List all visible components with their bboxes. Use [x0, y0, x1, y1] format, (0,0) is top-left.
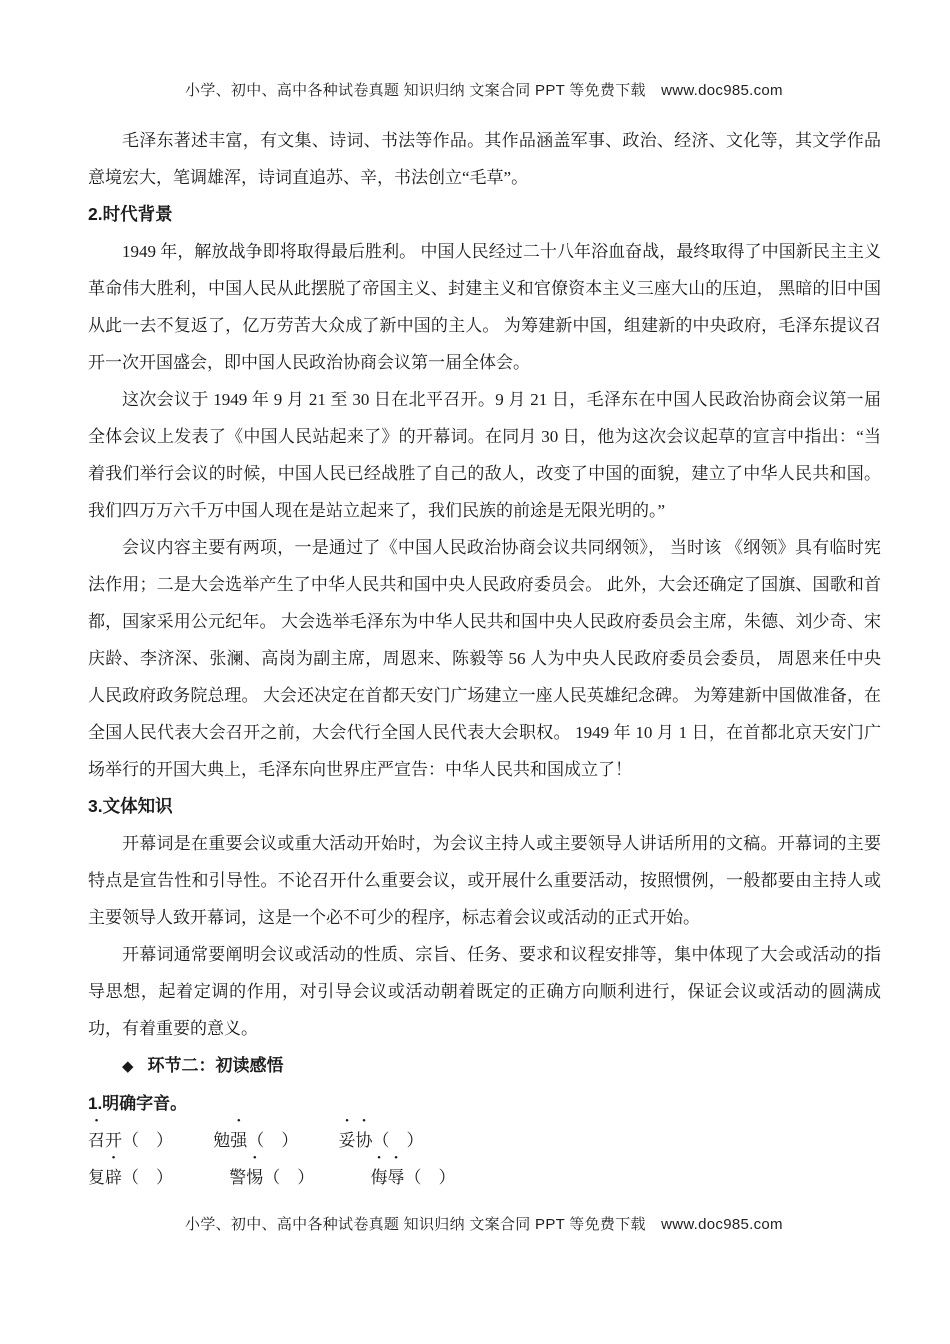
pinyin-exercise-row: 召开（ ） 勉强（ ） 妥协（ ） — [88, 1122, 881, 1159]
answer-blank: （ ） — [247, 1131, 298, 1150]
paragraph-conference-content: 会议内容主要有两项，一是通过了《中国人民政治协商会议共同纲领》， 当时该 《纲领… — [88, 529, 881, 788]
exercise-char: 勉 — [213, 1126, 230, 1151]
footer-text: 小学、初中、高中各种试卷真题 知识归纳 文案合同 PPT 等免费下载 www.d… — [185, 1216, 783, 1233]
page-header: 小学、初中、高中各种试卷真题 知识归纳 文案合同 PPT 等免费下载 www.d… — [0, 62, 950, 117]
exercise-char: 警 — [229, 1163, 246, 1188]
document-content: 毛泽东著述丰富，有文集、诗词、书法等作品。其作品涵盖军事、政治、经济、文化等，其… — [88, 122, 881, 1196]
exercise-char: 辟 — [105, 1163, 122, 1188]
paragraph-opening-speech-role: 开幕词通常要阐明会议或活动的性质、宗旨、任务、要求和议程安排等，集中体现了大会或… — [88, 936, 881, 1047]
exercise-char: 协 — [356, 1126, 373, 1151]
answer-blank: （ ） — [373, 1131, 424, 1150]
exercise-char: 惕 — [246, 1163, 263, 1188]
exercise-char: 妥 — [339, 1126, 356, 1151]
exercise-char: 辱 — [388, 1163, 405, 1188]
answer-blank: （ ） — [122, 1168, 173, 1187]
answer-blank: （ ） — [405, 1168, 456, 1187]
exercise-char: 召 — [88, 1126, 105, 1151]
pinyin-item-wuru: 侮辱（ ） — [371, 1159, 456, 1196]
answer-blank: （ ） — [122, 1131, 173, 1150]
pinyin-item-jingti: 警惕（ ） — [229, 1159, 314, 1196]
part2-heading-text: 环节二：初读感悟 — [148, 1056, 284, 1075]
pinyin-exercise-row: 复辟（ ） 警惕（ ） 侮辱（ ） — [88, 1159, 881, 1196]
header-text: 小学、初中、高中各种试卷真题 知识归纳 文案合同 PPT 等免费下载 www.d… — [185, 82, 783, 99]
diamond-bullet-icon: ◆ — [122, 1048, 134, 1085]
task-title-pronunciation: 1.明确字音。 — [88, 1085, 881, 1122]
paragraph-conference-dates: 这次会议于 1949 年 9 月 21 至 30 日在北平召开。9 月 21 日… — [88, 381, 881, 529]
document-page: 小学、初中、高中各种试卷真题 知识归纳 文案合同 PPT 等免费下载 www.d… — [0, 0, 950, 1344]
paragraph-1949-victory: 1949 年，解放战争即将取得最后胜利。 中国人民经过二十八年浴血奋战，最终取得… — [88, 233, 881, 381]
exercise-char: 侮 — [371, 1163, 388, 1188]
pinyin-item-fubi: 复辟（ ） — [88, 1159, 173, 1196]
exercise-char: 复 — [88, 1163, 105, 1188]
part2-bullet-heading: ◆环节二：初读感悟 — [88, 1047, 881, 1085]
paragraph-opening-speech-def: 开幕词是在重要会议或重大活动开始时，为会议主持人或主要领导人讲话所用的文稿。开幕… — [88, 825, 881, 936]
paragraph-mao-works: 毛泽东著述丰富，有文集、诗词、书法等作品。其作品涵盖军事、政治、经济、文化等，其… — [88, 122, 881, 196]
answer-blank: （ ） — [263, 1168, 314, 1187]
exercise-char: 强 — [230, 1126, 247, 1151]
page-footer: 小学、初中、高中各种试卷真题 知识归纳 文案合同 PPT 等免费下载 www.d… — [0, 1196, 950, 1251]
heading-era-background: 2.时代背景 — [88, 196, 881, 233]
heading-genre-knowledge: 3.文体知识 — [88, 788, 881, 825]
pinyin-item-zhaokai: 召开（ ） — [88, 1122, 173, 1159]
exercise-char: 开 — [105, 1126, 122, 1151]
